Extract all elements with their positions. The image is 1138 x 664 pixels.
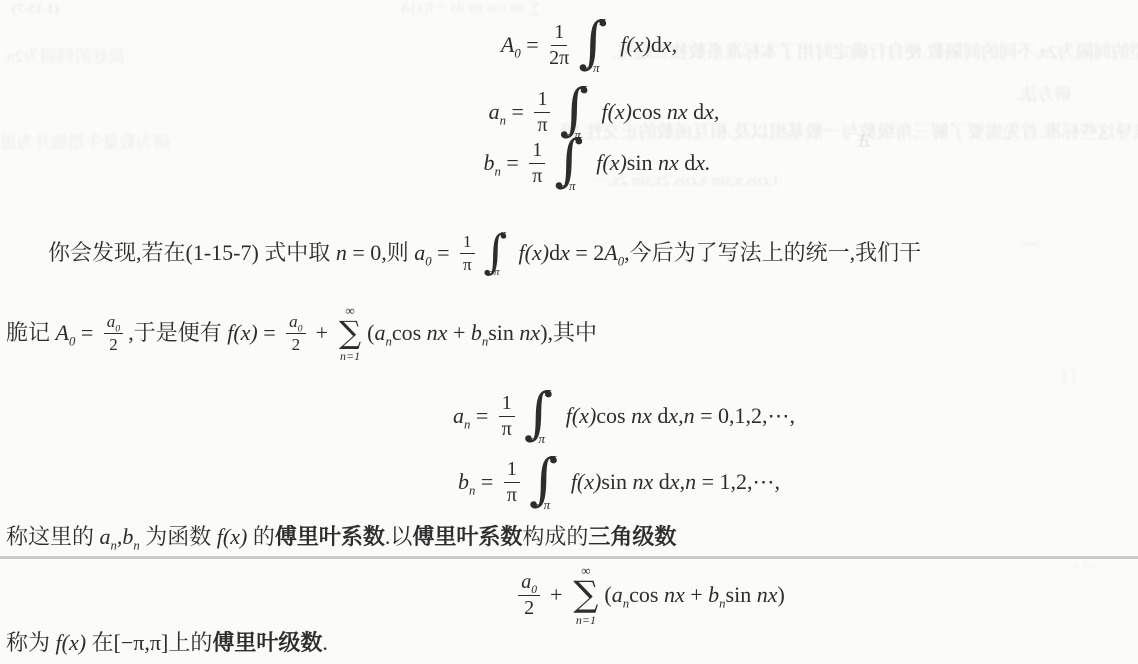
close-paren: ) — [540, 320, 547, 345]
differential-var: x — [668, 403, 678, 428]
equation-bn-general: bn = 1π ∫π−π f(x)sin nx dx,n = 1,2,⋯, — [50, 454, 1138, 510]
equals-sign: = — [470, 403, 493, 428]
equation-fourier-series: a02 + ∞∑n=1 (ancos nx + bnsin nx) — [80, 566, 1138, 624]
integral-upper-limit: π — [580, 80, 587, 97]
argument: nx — [658, 150, 679, 175]
equation-lhs: bn = — [458, 468, 499, 497]
bleed-through-text: ∑ an cos nx dx = f(x)A — [400, 0, 539, 17]
variable: b — [483, 150, 494, 175]
fraction-denominator: 2 — [292, 334, 301, 354]
text-run: (ancos nx + bnsin nx),其中 — [367, 319, 597, 348]
cjk-text: 在[−π,π]上的 — [86, 630, 212, 655]
fraction: 12π — [549, 21, 569, 69]
fraction: 1π — [529, 139, 545, 187]
sum-glyph: ∑ — [573, 578, 598, 613]
fraction: 1π — [534, 88, 550, 136]
fraction-numerator: 1 — [460, 232, 475, 253]
differential-d: d — [679, 150, 696, 175]
differential-d: d — [651, 32, 662, 57]
variable: f(x) — [217, 524, 248, 549]
variable: a — [414, 240, 425, 265]
integral-lower-limit: −π — [530, 431, 545, 448]
differential-var: x — [670, 469, 680, 494]
paragraph-notation: 脆记 A0 = a02 ,于是便有 f(x) = a02 + ∞∑n=1 (an… — [6, 302, 1134, 364]
fraction-denominator: 2 — [109, 334, 118, 354]
variable: n — [336, 240, 347, 265]
cjk-text: 称这里的 — [6, 524, 100, 549]
variable: a — [100, 524, 111, 549]
numerator-text: 1 — [463, 232, 472, 251]
equation-lhs: an = — [453, 402, 494, 431]
equation-body: (ancos nx + bnsin nx) — [604, 581, 784, 610]
fraction-denominator: 2 — [524, 596, 534, 619]
summation-sign: ∞∑n=1 — [339, 304, 361, 362]
equation-body: f(x)sin nx dx. — [596, 149, 710, 178]
plus-sign: + — [316, 319, 328, 348]
variable: a — [489, 99, 500, 124]
equals-sign: = 2 — [570, 240, 604, 265]
equals-sign: = — [521, 32, 544, 57]
cjk-text: 称为 — [6, 630, 56, 655]
variable: b — [708, 582, 719, 607]
equation-body: f(x)dx, — [620, 31, 677, 60]
numerator-text: 1 — [502, 392, 512, 414]
cjk-text: . — [322, 630, 328, 655]
integral-upper-limit: π — [575, 131, 582, 148]
plus-sign: + — [550, 581, 562, 610]
fraction-numerator: 1 — [534, 88, 550, 112]
fraction-numerator: 1 — [529, 139, 545, 163]
numerator-text: 1 — [537, 88, 547, 110]
bold-term-fourier-coefficients: 傅里叶系数 — [275, 524, 385, 549]
bold-term-fourier-series: 傅里叶级数 — [212, 630, 322, 655]
index-range: = 0,1,2,⋯, — [695, 403, 795, 428]
fraction: 1π — [460, 232, 475, 273]
numerator-text: a — [289, 312, 298, 331]
equation-lhs: bn = — [483, 149, 524, 178]
sum-lower-limit: n=1 — [576, 614, 596, 626]
integral-lower-limit: −π — [535, 497, 550, 514]
variable: a — [453, 403, 464, 428]
text-run: ,于是便有 f(x) = — [128, 319, 281, 348]
text-run: 称为 f(x) 在[−π,π]上的傅里叶级数. — [6, 629, 328, 658]
fraction: 1π — [504, 458, 520, 506]
bold-term-fourier-coefficients: 傅里叶系数 — [412, 524, 522, 549]
fraction: a02 — [518, 571, 540, 619]
equals-sign: = — [75, 320, 98, 345]
numerator-text: 1 — [507, 458, 517, 480]
fraction-denominator: π — [537, 113, 547, 136]
fraction-numerator: a0 — [104, 312, 123, 333]
equation-body: f(x)sin nx dx,n = 1,2,⋯, — [571, 468, 780, 497]
equation-lhs: A0 = — [501, 31, 544, 60]
equation-bn-definition: bn = 1π ∫π−π f(x)sin nx dx. — [28, 135, 1138, 191]
equals-sign: = — [506, 99, 529, 124]
equals-sign: = — [258, 320, 281, 345]
text-run: 你会发现,若在(1-15-7) 式中取 n = 0,则 a0 = — [48, 239, 455, 268]
index-range: = 1,2,⋯, — [696, 469, 780, 494]
equation-an-definition: an = 1π ∫π−π f(x)cos nx dx, — [35, 84, 1138, 140]
fraction: 1π — [499, 392, 515, 440]
numerator-subscript: 0 — [531, 583, 537, 596]
argument: nx — [633, 469, 654, 494]
differential-var: x, — [662, 32, 677, 57]
integrand: f(x) — [596, 150, 627, 175]
plus-sign: + — [447, 320, 470, 345]
integral-upper-limit: π — [545, 384, 552, 401]
sum-lower-limit: n=1 — [340, 350, 360, 362]
function-name: cos — [629, 582, 664, 607]
differential-d: d — [549, 240, 560, 265]
variable: b — [471, 320, 482, 345]
equals-sign: = — [432, 240, 455, 265]
fraction-numerator: a0 — [518, 571, 540, 595]
fraction-numerator: 1 — [499, 392, 515, 416]
integrand: f(x) — [566, 403, 597, 428]
fraction-denominator: 2π — [549, 46, 569, 69]
sum-glyph: ∑ — [339, 318, 361, 349]
bleed-through-text: [ ∫ — [1062, 368, 1076, 386]
argument: nx — [427, 320, 448, 345]
text-run: 称这里的 an,bn 为函数 f(x) 的傅里叶系数.以傅里叶系数构成的三角级数 — [6, 523, 676, 552]
argument: nx — [664, 582, 685, 607]
differential-var: x. — [695, 150, 710, 175]
integral-sign: ∫π−π — [552, 134, 588, 192]
cjk-text: 脆记 — [6, 320, 56, 345]
variable: b — [458, 469, 469, 494]
equation-A0-definition: A0 = 12π ∫π−π f(x)dx, — [20, 16, 1138, 74]
argument: nx — [631, 403, 652, 428]
function-name: cos — [632, 99, 667, 124]
differential-d: d — [688, 99, 705, 124]
line-fourier-coefficients: 称这里的 an,bn 为函数 f(x) 的傅里叶系数.以傅里叶系数构成的三角级数 — [6, 522, 1134, 552]
summation-sign: ∞∑n=1 — [573, 564, 598, 626]
function-name: sin — [488, 320, 519, 345]
numerator-text: a — [107, 312, 116, 331]
argument: nx — [757, 582, 778, 607]
index-variable: n — [684, 403, 695, 428]
fraction: a02 — [104, 312, 123, 353]
index-variable: n — [685, 469, 696, 494]
cjk-text: ,今后为了写法上的统一,我们干 — [624, 240, 921, 265]
function-name: sin — [726, 582, 757, 607]
integral-lower-limit: −π — [560, 178, 575, 195]
differential-d: d — [652, 403, 669, 428]
function-name: cos — [392, 320, 427, 345]
fraction-numerator: 1 — [504, 458, 520, 482]
function-name: sin — [601, 469, 632, 494]
variable: a — [612, 582, 623, 607]
integral-lower-limit: −π — [584, 60, 599, 77]
numerator-text: 1 — [554, 21, 564, 43]
variable: a — [374, 320, 385, 345]
cjk-text: ,于是便有 — [128, 320, 227, 345]
cjk-text: 的 — [247, 524, 275, 549]
cjk-text: ,其中 — [548, 320, 598, 345]
scan-rule-line — [0, 556, 1138, 559]
equation-an-general: an = 1π ∫π−π f(x)cos nx dx,n = 0,1,2,⋯, — [55, 388, 1138, 444]
cjk-text: .以 — [385, 524, 413, 549]
integral-upper-limit: π — [599, 13, 606, 30]
equation-lhs: an = — [489, 98, 530, 127]
line-fourier-series-name: 称为 f(x) 在[−π,π]上的傅里叶级数. — [6, 628, 1134, 658]
text-run: f(x)dx = 2A0,今后为了写法上的统一,我们干 — [519, 239, 922, 268]
variable: A — [501, 32, 514, 57]
integrand: f(x) — [571, 469, 602, 494]
paragraph-discovery: 你会发现,若在(1-15-7) 式中取 n = 0,则 a0 = 1π ∫π−π… — [6, 222, 1134, 284]
integral-sign: ∫π−π — [576, 16, 612, 74]
variable: f(x) — [56, 630, 87, 655]
fraction: a02 — [286, 312, 305, 353]
equals-sign: = — [475, 469, 498, 494]
fraction-denominator: π — [502, 417, 512, 440]
argument: nx — [519, 320, 540, 345]
fraction-numerator: a0 — [286, 312, 305, 333]
open-paren: ( — [604, 582, 611, 607]
fraction-numerator: 1 — [551, 21, 567, 45]
integrand: f(x) — [519, 240, 550, 265]
equation-body: f(x)cos nx dx,n = 0,1,2,⋯, — [566, 402, 795, 431]
fraction-denominator: π — [507, 483, 517, 506]
plus-sign: + — [685, 582, 708, 607]
scanned-textbook-page: (1-15-7) ∑ an cos nx dx = f(x)A 最典型的间隔为2… — [0, 0, 1138, 664]
integral-upper-limit: π — [501, 227, 507, 241]
integrand: f(x) — [620, 32, 651, 57]
differential-d: d — [653, 469, 670, 494]
cjk-text: 构成的 — [522, 524, 588, 549]
equals-sign: = — [501, 150, 524, 175]
equation-body: f(x)cos nx dx, — [601, 98, 719, 127]
variable: A — [56, 320, 69, 345]
integral-upper-limit: π — [550, 450, 557, 467]
fraction-denominator: π — [463, 254, 472, 274]
integral-sign: ∫π−π — [527, 453, 563, 511]
function-name: cos — [596, 403, 631, 428]
argument: nx — [667, 99, 688, 124]
cjk-text: 为函数 — [140, 524, 217, 549]
numerator-text: 1 — [532, 139, 542, 161]
close-paren: ) — [777, 582, 784, 607]
integrand: f(x) — [601, 99, 632, 124]
variable: A — [604, 240, 617, 265]
cjk-text: = 0,则 — [347, 240, 414, 265]
numerator-text: a — [521, 571, 531, 593]
integral-sign: ∫π−π — [522, 387, 558, 445]
function-name: sin — [627, 150, 658, 175]
variable: b — [122, 524, 133, 549]
bold-term-trig-series: 三角级数 — [588, 524, 676, 549]
cjk-text: 你会发现,若在(1-15-7) 式中取 — [48, 240, 336, 265]
integral-sign: ∫π−π — [482, 229, 512, 277]
variable: f(x) — [227, 320, 258, 345]
differential-var: x — [560, 240, 570, 265]
differential-var: x, — [704, 99, 719, 124]
fraction-denominator: π — [532, 164, 542, 187]
text-run: 脆记 A0 = — [6, 319, 99, 348]
integral-lower-limit: −π — [487, 265, 500, 279]
